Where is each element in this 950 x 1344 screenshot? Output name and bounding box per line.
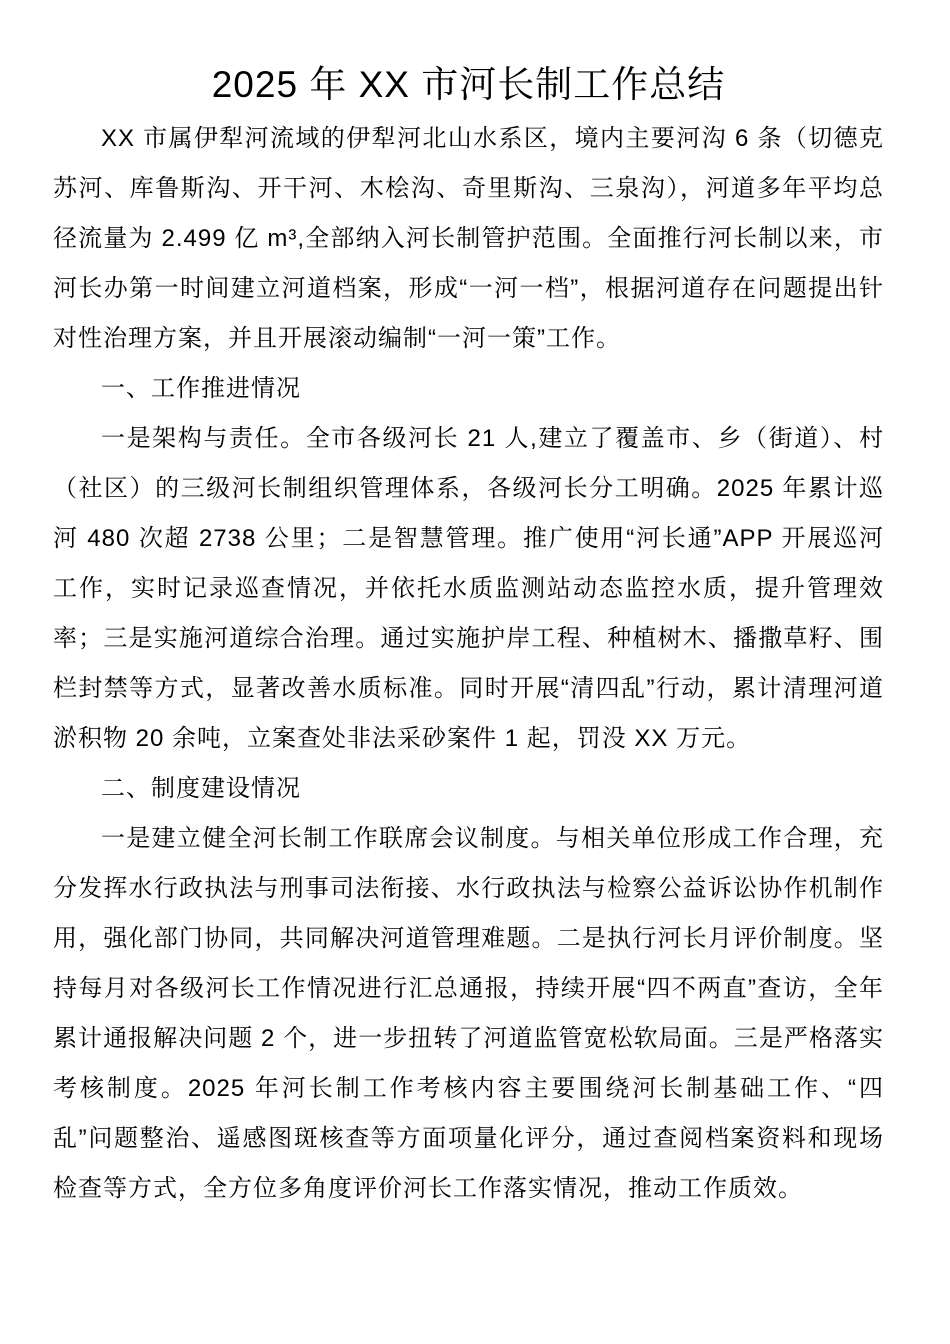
section-heading: 二、制度建设情况 (53, 764, 884, 814)
section-heading: 一、工作推进情况 (53, 364, 884, 414)
document-body: XX 市属伊犁河流域的伊犁河北山水系区，境内主要河沟 6 条（切德克苏河、库鲁斯… (53, 114, 884, 1214)
document-title: 2025 年 XX 市河长制工作总结 (53, 56, 884, 114)
document-page: 2025 年 XX 市河长制工作总结 XX 市属伊犁河流域的伊犁河北山水系区，境… (0, 0, 950, 1344)
paragraph: XX 市属伊犁河流域的伊犁河北山水系区，境内主要河沟 6 条（切德克苏河、库鲁斯… (53, 114, 884, 364)
paragraph: 一是建立健全河长制工作联席会议制度。与相关单位形成工作合理，充分发挥水行政执法与… (53, 814, 884, 1214)
paragraph: 一是架构与责任。全市各级河长 21 人,建立了覆盖市、乡（街道）、村（社区）的三… (53, 414, 884, 764)
